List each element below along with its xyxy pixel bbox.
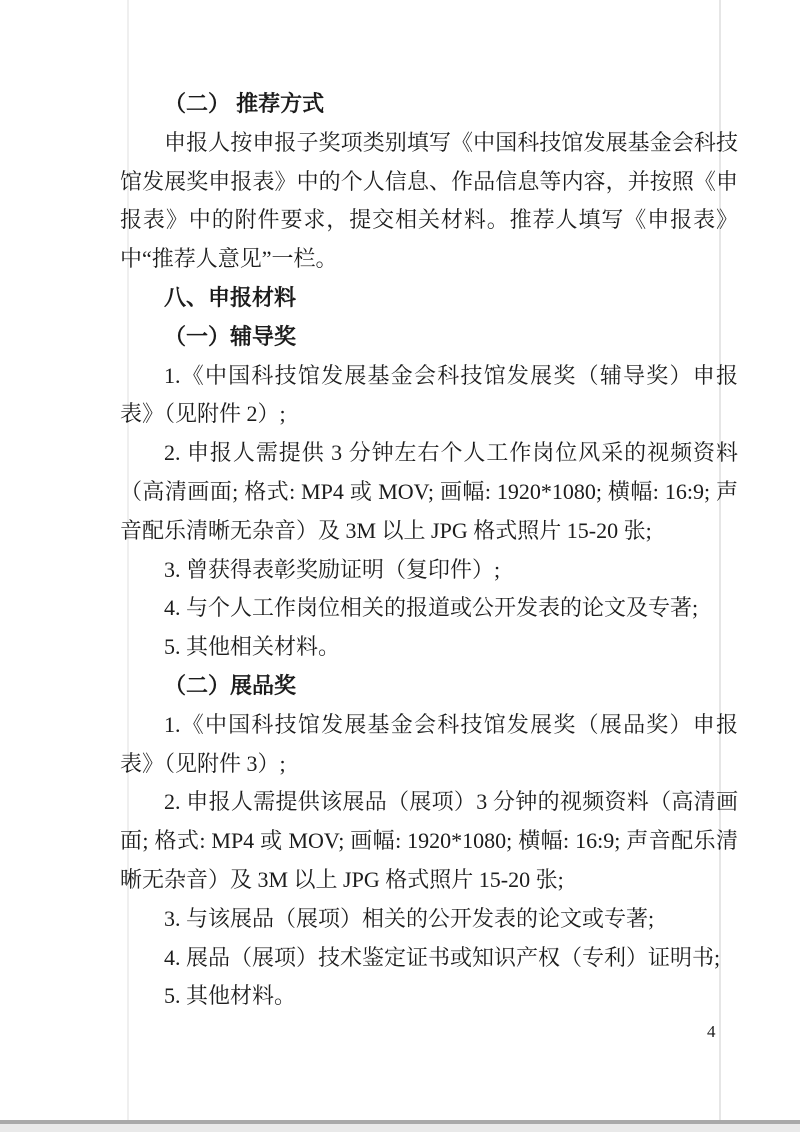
para-recommendation-method: 申报人按申报子奖项类别填写《中国科技馆发展基金会科技馆发展奖申报表》中的个人信息… [120,124,738,279]
coaching-award-item-4: 4. 与个人工作岗位相关的报道或公开发表的论文及专著; [120,589,738,628]
coaching-award-item-1: 1.《中国科技馆发展基金会科技馆发展奖（辅导奖）申报表》（见附件 2）; [120,357,738,435]
exhibit-award-item-4: 4. 展品（展项）技术鉴定证书或知识产权（专利）证明书; [120,939,738,978]
scan-edge-bottom-area [0,1124,800,1132]
exhibit-award-item-1: 1.《中国科技馆发展基金会科技馆发展奖（展品奖）申报表》（见附件 3）; [120,706,738,784]
document-body: （二） 推荐方式 申报人按申报子奖项类别填写《中国科技馆发展基金会科技馆发展奖申… [120,85,738,1016]
coaching-award-item-2: 2. 申报人需提供 3 分钟左右个人工作岗位风采的视频资料（高清画面; 格式: … [120,434,738,550]
document-page: （二） 推荐方式 申报人按申报子奖项类别填写《中国科技馆发展基金会科技馆发展奖申… [0,0,800,1132]
heading-subsection-1-coaching-award: （一）辅导奖 [120,318,738,357]
heading-section-8-application-materials: 八、申报材料 [120,279,738,318]
exhibit-award-item-3: 3. 与该展品（展项）相关的公开发表的论文或专著; [120,900,738,939]
exhibit-award-item-2: 2. 申报人需提供该展品（展项）3 分钟的视频资料（高清画面; 格式: MP4 … [120,783,738,899]
page-number: 4 [707,1022,716,1042]
exhibit-award-item-5: 5. 其他材料。 [120,977,738,1016]
heading-section-2-recommendation-method: （二） 推荐方式 [120,85,738,124]
heading-subsection-2-exhibit-award: （二）展品奖 [120,667,738,706]
coaching-award-item-5: 5. 其他相关材料。 [120,628,738,667]
coaching-award-item-3: 3. 曾获得表彰奖励证明（复印件）; [120,551,738,590]
